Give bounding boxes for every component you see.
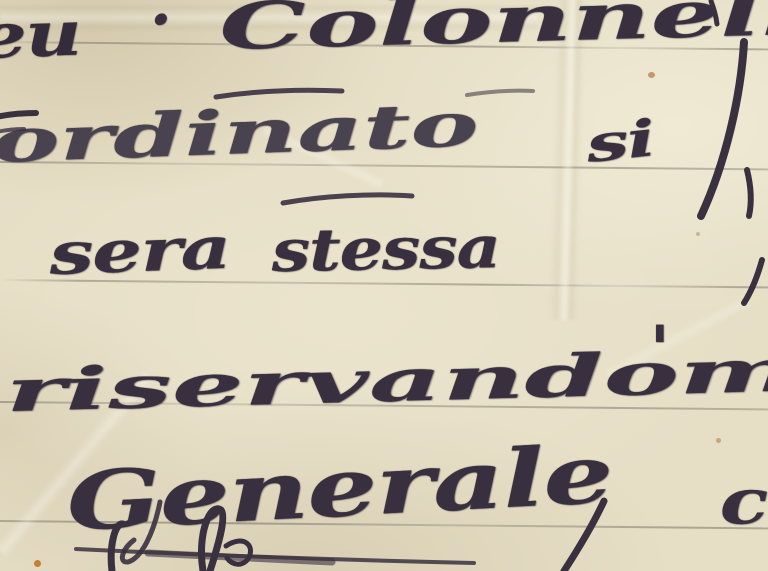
- paper-stain: [648, 72, 655, 78]
- clipped-word-stroke: [0, 113, 36, 117]
- struck-word-ascender: [201, 509, 222, 571]
- handwritten-word-sera: sera: [48, 219, 230, 283]
- handwritten-word-riservandomi: riservandomi: [5, 340, 768, 420]
- clipped-descender-stroke: [744, 260, 762, 303]
- handwritten-letter-photo: eu . Colonnello ordinato si sera stessa …: [0, 0, 768, 571]
- handwritten-word-fragment: eu: [0, 2, 82, 68]
- handwritten-word-generale: Generale: [65, 434, 614, 542]
- handwritten-word-ordinato: ordinato: [0, 95, 479, 172]
- g-flourish-stroke: [122, 502, 160, 562]
- strikethrough-stroke: [76, 549, 474, 563]
- ruled-line: [0, 161, 768, 171]
- handwritten-period: .: [150, 0, 171, 34]
- handwritten-word-stessa: stessa: [271, 218, 500, 280]
- struck-word-bowl: [226, 541, 251, 564]
- t-crossbar-stroke: [216, 90, 342, 97]
- ruled-line: [0, 520, 768, 530]
- ruled-line: [0, 41, 768, 51]
- handwritten-word-si: si: [584, 113, 657, 170]
- clipped-tick-stroke: [747, 170, 751, 216]
- paper-wrinkle: [604, 293, 753, 382]
- ink-strokes-layer: [0, 0, 768, 571]
- paper-crease-vertical: [548, 0, 586, 320]
- ruled-line: [0, 401, 768, 411]
- paper-stain: [716, 438, 721, 443]
- handwritten-word-colonnello: Colonnello: [219, 0, 768, 60]
- strikethrough-stroke: [148, 553, 332, 562]
- ruled-line: [0, 279, 768, 289]
- handwritten-apostrophe: ': [650, 318, 669, 382]
- paper-stain: [34, 560, 41, 567]
- clipped-word-stroke: [0, 129, 24, 132]
- paper-stain: [696, 232, 700, 236]
- t-crossbar-stroke: [283, 195, 412, 203]
- clipped-descender-stroke: [701, 42, 744, 216]
- struck-word-ascender: [111, 524, 123, 571]
- paper-wrinkle: [261, 123, 385, 191]
- clipped-word-stroke: [711, 1, 717, 24]
- paper-crease-bottom-left: [0, 370, 156, 558]
- paper-crease-top: [0, 6, 538, 32]
- handwritten-word-fragment: cu: [718, 468, 768, 534]
- clipped-descender-stroke: [564, 501, 604, 571]
- faint-dash-stroke: [467, 91, 533, 95]
